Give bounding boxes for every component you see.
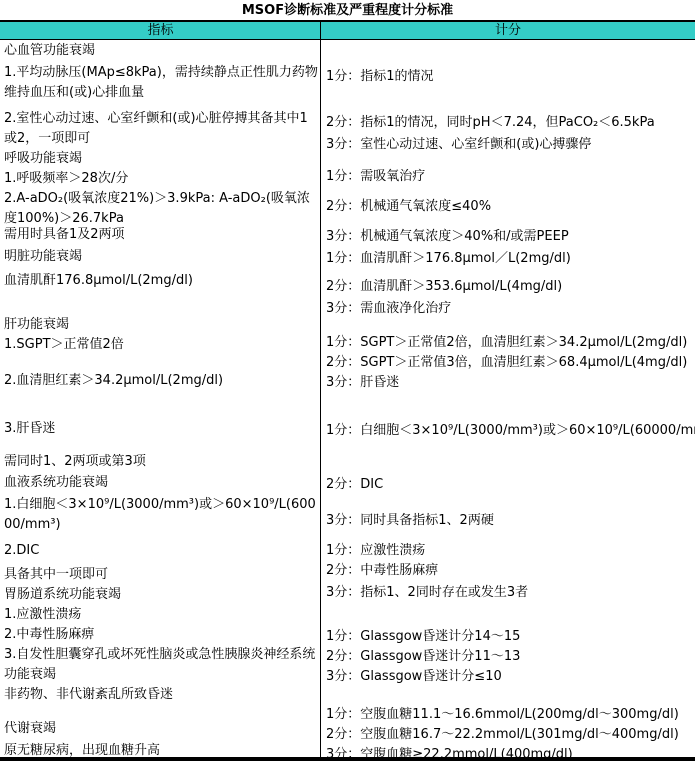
- score-line: 2分：指标1的情况，同时pH＜7.24，但PaCO₂＜6.5kPa: [326, 113, 694, 133]
- score-line: 2分：DIC: [326, 475, 694, 495]
- table-header-row: 指标 计分: [0, 20, 695, 40]
- indicator-line: 3.肝昏迷: [4, 419, 318, 439]
- score-line: 3分：需血液净化治疗: [326, 299, 694, 319]
- score-line: 3分：Glassgow昏迷计分≤10: [326, 667, 694, 687]
- score-line: 1分：白细胞＜3×10⁹/L(3000/mm³)或＞60×10⁹/L(60000…: [326, 421, 694, 441]
- indicator-line: 肝功能衰竭: [4, 315, 318, 335]
- score-line: 1分：空腹血糖11.1～16.6mmol/L(200mg/dl～300mg/dl…: [326, 705, 694, 725]
- score-line: 3分：指标1、2同时存在或发生3者: [326, 583, 694, 603]
- score-line: 3分：空腹血糖≥22.2mmol/L(400mg/dl): [326, 745, 694, 762]
- score-line: 1分：需吸氧治疗: [326, 167, 694, 187]
- indicator-line: 1.呼吸频率＞28次/分: [4, 169, 318, 189]
- score-line: 2分：SGPT＞正常值3倍，血清胆红素＞68.4μmol/L(4mg/dl): [326, 353, 694, 373]
- score-line: 1分：SGPT＞正常值2倍，血清胆红素＞34.2μmol/L(2mg/dl): [326, 333, 694, 353]
- indicator-line: 2.中毒性肠麻痹: [4, 625, 318, 645]
- indicator-line: 2.DIC: [4, 541, 318, 561]
- score-line: 3分：肝昏迷: [326, 373, 694, 393]
- score-line: 2分：空腹血糖16.7～22.2mmol/L(301mg/dl～400mg/dl…: [326, 725, 694, 745]
- score-line: 3分：室性心动过速、心室纤颤和(或)心搏骤停: [326, 135, 694, 155]
- indicator-line: 2.血清胆红素＞34.2μmol/L(2mg/dl): [4, 371, 318, 391]
- page-title: MSOF诊断标准及严重程度计分标准: [0, 1, 695, 20]
- score-line: 2分：血清肌酐＞353.6μmol/L(4mg/dl): [326, 277, 694, 297]
- indicator-line: 非药物、非代谢紊乱所致昏迷: [4, 685, 318, 705]
- indicator-line: 胃肠道系统功能衰竭: [4, 585, 318, 605]
- indicator-line: 1.应激性溃疡: [4, 605, 318, 625]
- msof-criteria-table-page: MSOF诊断标准及严重程度计分标准 指标 计分 心血管功能衰竭 1.平均动脉压(…: [0, 0, 695, 762]
- indicator-line: 3.自发性胆囊穿孔或坏死性脑炎或急性胰腺炎神经系统功能衰竭: [4, 645, 318, 685]
- score-line: 2分：Glassgow昏迷计分11～13: [326, 647, 694, 667]
- indicator-line: 2.室性心动过速、心室纤颤和(或)心脏停搏其备其中1或2，一项即可: [4, 109, 318, 149]
- score-line: 2分：中毒性肠麻痹: [326, 561, 694, 581]
- indicator-line: 心血管功能衰竭: [4, 41, 318, 61]
- score-line: 1分：指标1的情况: [326, 67, 694, 87]
- column-divider: [320, 20, 321, 758]
- column-header-score: 计分: [321, 22, 695, 39]
- indicator-line: 血清肌酐176.8μmol/L(2mg/dl): [4, 271, 318, 291]
- score-line: 3分：同时具备指标1、2两硬: [326, 511, 694, 531]
- score-line: 1分：Glassgow昏迷计分14～15: [326, 627, 694, 647]
- score-line: 3分：机械通气氧浓度＞40%和/或需PEEP: [326, 227, 694, 247]
- indicator-line: 具备其中一项即可: [4, 565, 318, 585]
- indicator-line: 需同时1、2两项或第3项: [4, 452, 318, 472]
- indicator-line: 代谢衰竭: [4, 719, 318, 739]
- indicator-line: 2.A-aDO₂(吸氧浓度21%)＞3.9kPa: A-aDO₂(吸氧浓度100…: [4, 189, 318, 229]
- indicator-line: 呼吸功能衰竭: [4, 149, 318, 169]
- score-line: 1分：应激性溃疡: [326, 541, 694, 561]
- indicator-line: 1.白细胞＜3×10⁹/L(3000/mm³)或＞60×10⁹/L(60000/…: [4, 495, 318, 535]
- score-line: 2分：机械通气氧浓度≤40%: [326, 197, 694, 217]
- column-header-indicator: 指标: [0, 22, 321, 39]
- indicator-line: 1.平均动脉压(MAp≤8kPa)，需持续静点正性肌力药物维持血压和(或)心排血…: [4, 63, 318, 103]
- indicator-line: 明脏功能衰竭: [4, 247, 318, 267]
- indicator-line: 需用时具备1及2两项: [4, 225, 318, 245]
- score-line: 1分：血清肌酐＞176.8μmol／L(2mg/dl): [326, 249, 694, 269]
- indicator-line: 血液系统功能衰竭: [4, 473, 318, 493]
- indicator-line: 原无糖尿病，出现血糖升高: [4, 741, 318, 761]
- indicator-line: 1.SGPT＞正常值2倍: [4, 335, 318, 355]
